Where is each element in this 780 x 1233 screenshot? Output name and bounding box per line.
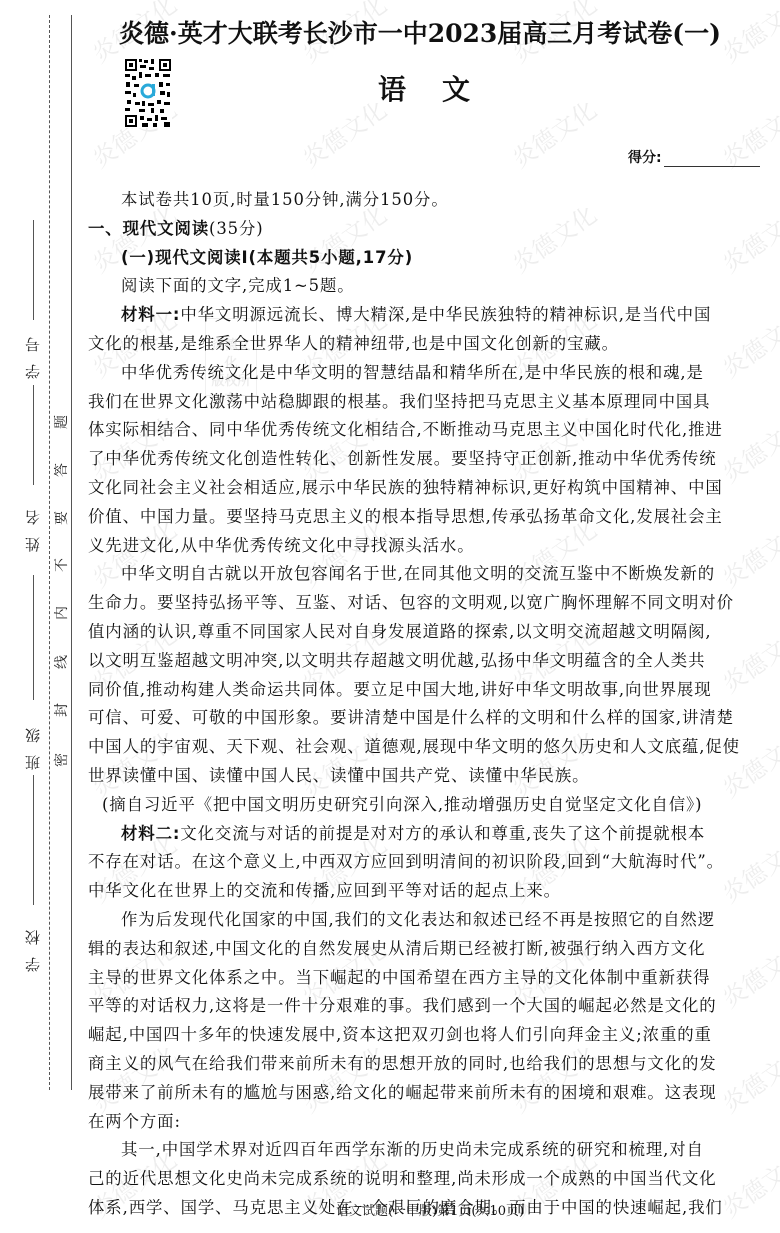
student-id-blank[interactable] (33, 220, 34, 320)
material2-line: 平等的对话权力,这将是一件十分艰难的事。我们感到一个大国的崛起必然是文化的 (88, 992, 770, 1021)
name-blank[interactable] (33, 385, 34, 485)
material1-line: 了中华优秀传统文化创造性转化、创新性发展。要坚持守正创新,推动中华优秀传统 (88, 445, 770, 474)
cut-line-dashed (49, 15, 50, 1090)
student-id-label: 学号 (22, 325, 44, 379)
material2-line: 在两个方面: (88, 1108, 770, 1137)
material2-line: 中华文化在世界上的交流和传播,应回到平等对话的起点上来。 (88, 877, 770, 906)
score-blank[interactable] (664, 150, 760, 167)
material1-line: 材料一:中华文明源远流长、博大精深,是中华民族独特的精神标识,是当代中国 (88, 301, 770, 330)
material1-line: 中华优秀传统文化是中华文明的智慧结晶和精华所在,是中华民族的根和魂,是 (88, 359, 770, 388)
exam-content: 本试卷共10页,时量150分钟,满分150分。 一、现代文阅读(35分) (一)… (88, 186, 770, 1223)
material2-line: 作为后发现代化国家的中国,我们的文化表达和叙述已经不再是按照它的自然逻 (88, 906, 770, 935)
name-label: 姓名 (22, 498, 44, 552)
material2-line: 材料二:文化交流与对话的前提是对对方的承认和尊重,丧失了这个前提就根本 (88, 820, 770, 849)
class-blank[interactable] (33, 575, 34, 700)
material1-line: 值内涵的认识,尊重不同国家人民对自身发展道路的探索,以文明交流超越文明隔阂, (88, 618, 770, 647)
material2-line: 其一,中国学术界对近四百年西学东渐的历史尚未完成系统的研究和梳理,对自 (88, 1136, 770, 1165)
paragraph-text: 文化交流与对话的前提是对对方的承认和尊重,丧失了这个前提就根本 (180, 824, 705, 843)
material1-line: 以文明互鉴超越文明冲突,以文明共存超越文明优越,弘扬中华文明蕴含的全人类共 (88, 647, 770, 676)
reading-instruction: 阅读下面的文字,完成1~5题。 (88, 272, 770, 301)
material1-line: 世界读懂中国、读懂中国人民、读懂中国共产党、读懂中华民族。 (88, 762, 770, 791)
score-label: 得分: (628, 147, 662, 167)
seal-notice-char: 内 (51, 605, 71, 621)
qr-code-icon[interactable] (124, 58, 172, 128)
paragraph-text: 中华文明源远流长、博大精深,是中华民族独特的精神标识,是当代中国 (180, 305, 711, 324)
material2-line: 商主义的风气在给我们带来前所未有的思想开放的同时,也给我们的思想与文化的发 (88, 1050, 770, 1079)
class-label: 班级 (22, 716, 44, 770)
material2-line: 展带来了前所未有的尴尬与困惑,给文化的崛起带来前所未有的困境和艰难。这表现 (88, 1079, 770, 1108)
section-heading: 一、现代文阅读(35分) (88, 215, 770, 244)
material2-line: 不存在对话。在这个意义上,中西双方应回到明清间的初识阶段,回到“大航海时代”。 (88, 848, 770, 877)
exam-title: 炎德·英才大联考长沙市一中2023届高三月考试卷(一) (0, 14, 780, 50)
binding-line (71, 15, 72, 1090)
school-blank[interactable] (33, 775, 34, 905)
material1-line: 生命力。要坚持弘扬平等、互鉴、对话、包容的文明观,以宽广胸怀理解不同文明对价 (88, 589, 770, 618)
seal-notice-char: 线 (51, 654, 71, 670)
exam-intro: 本试卷共10页,时量150分钟,满分150分。 (88, 186, 770, 215)
seal-notice-char: 封 (51, 702, 71, 718)
seal-notice-char: 题 (51, 414, 71, 430)
material1-label: 材料一: (121, 305, 180, 324)
material2-line: 己的近代思想文化史尚未完成系统的说明和整理,尚未形成一个成熟的中国当代文化 (88, 1165, 770, 1194)
page-footer: 语文试题(一中版)第1页(共10页) (0, 1200, 780, 1219)
material1-line: 可信、可爱、可敬的中国形象。要讲清楚中国是什么样的文明和什么样的国家,讲清楚 (88, 704, 770, 733)
material1-line: 中华文明自古就以开放包容闻名于世,在同其他文明的交流互鉴中不断焕发新的 (88, 560, 770, 589)
material1-source: (摘自习近平《把中国文明历史研究引向深入,推动增强历史自觉坚定文化自信》) (88, 791, 770, 820)
material2-label: 材料二: (121, 824, 180, 843)
material1-line: 文化同社会主义社会相适应,展示中华民族的独特精神标识,更好构筑中国精神、中国 (88, 474, 770, 503)
seal-notice-char: 密 (51, 752, 71, 768)
watermark-text: 炎德文化 (504, 91, 603, 175)
material1-line: 中国人的宇宙观、天下观、社会观、道德观,展现中华文明的悠久历史和人文底蕴,促使 (88, 733, 770, 762)
material1-line: 价值、中国力量。要坚持马克思主义的根本指导思想,传承弘扬革命文化,发展社会主 (88, 503, 770, 532)
seal-notice-char: 答 (51, 462, 71, 478)
section-heading-text: 一、现代文阅读 (88, 219, 209, 238)
material1-line: 义先进文化,从中华优秀传统文化中寻找源头活水。 (88, 532, 770, 561)
material1-line: 文化的根基,是维系全世界华人的精神纽带,也是中国文化创新的宝藏。 (88, 330, 770, 359)
material2-line: 辑的表达和叙述,中国文化的自然发展史从清后期已经被打断,被强行纳入西方文化 (88, 935, 770, 964)
material1-line: 体实际相结合、同中华优秀传统文化相结合,不断推动马克思主义中国化时代化,推进 (88, 416, 770, 445)
material1-line: 同价值,推动构建人类命运共同体。要立足中国大地,讲好中华文明故事,向世界展现 (88, 676, 770, 705)
material2-line: 主导的世界文化体系之中。当下崛起的中国希望在西方主导的文化体制中重新获得 (88, 964, 770, 993)
seal-notice-char: 要 (51, 510, 71, 526)
score-field: 得分: (628, 147, 760, 167)
school-label: 学校 (22, 918, 44, 972)
subject-title: 语文 (378, 68, 506, 108)
section-score: (35分) (209, 219, 264, 238)
subsection-heading: (一)现代文阅读Ⅰ(本题共5小题,17分) (88, 244, 770, 273)
material1-line: 我们在世界文化激荡中站稳脚跟的根基。我们坚持把马克思主义基本原理同中国具 (88, 388, 770, 417)
seal-notice-char: 不 (51, 557, 71, 573)
material2-line: 崛起,中国四十多年的快速发展中,资本这把双刃剑也将人们引向拜金主义;浓重的重 (88, 1021, 770, 1050)
